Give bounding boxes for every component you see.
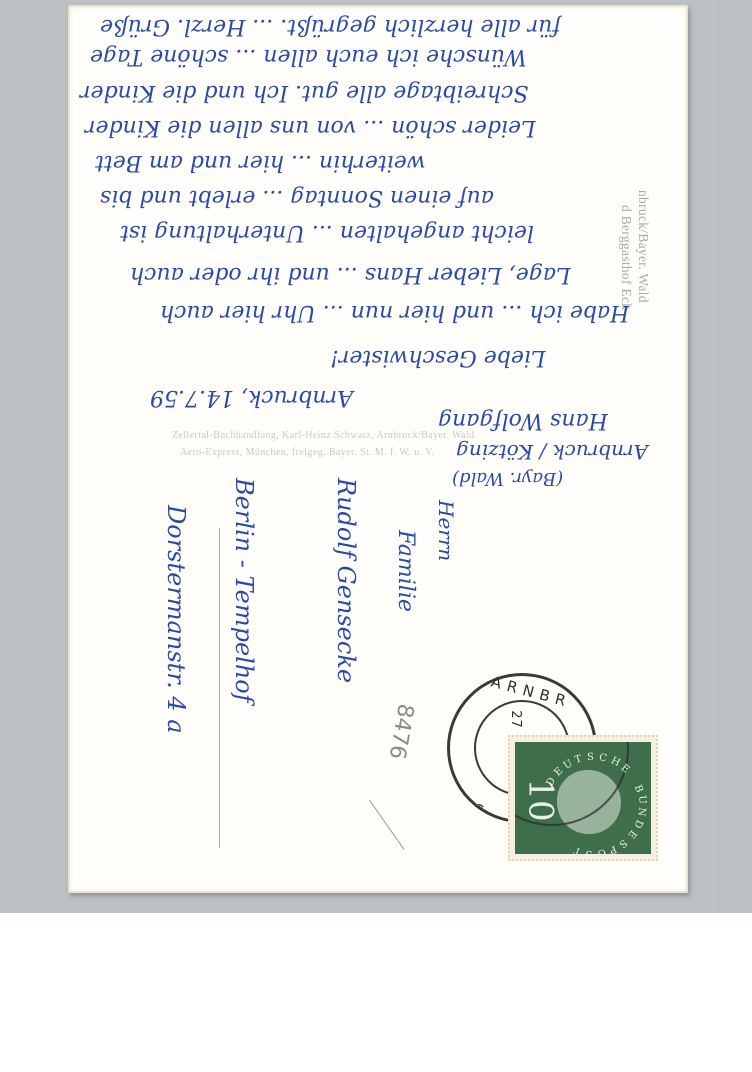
stamp-letter: E — [624, 828, 638, 842]
message-line: Wünsche ich euch allen ... schöne Tage — [90, 44, 527, 69]
recipient-line-3: Rudolf Gensecke — [332, 478, 360, 683]
stamp-letter: T — [571, 844, 582, 854]
sender-place-date: Arnbruck, 14.7.59 — [150, 385, 353, 410]
stamp-letter: U — [636, 795, 648, 806]
message-line: Leider schön ... von uns allen die Kinde… — [85, 115, 536, 140]
scan-artifact-line — [713, 0, 714, 913]
stamp-letter: N — [635, 807, 647, 819]
publisher-vertical-line1: nbruck/Bayer. Wald — [635, 190, 651, 303]
message-line: Schreibtage alle gut. Ich und die Kinder — [80, 80, 529, 105]
postage-stamp: 10 DEUTSCHE BUNDESPOST — [508, 735, 658, 861]
stamp-letter: S — [584, 847, 593, 854]
stamp-face: 10 DEUTSCHE BUNDESPOST — [515, 742, 651, 854]
stamp-letter: S — [587, 752, 596, 763]
publisher-line2: Aero-Express, München, freigeg. Bayer. S… — [180, 447, 434, 458]
recipient-line-2: Familie — [393, 530, 418, 612]
address-divider-line — [219, 528, 220, 848]
message-line: weiterhin ... hier und am Bett — [95, 150, 426, 175]
stamp-letter: O — [596, 847, 607, 854]
sender-name: Hans Wolfgang — [438, 408, 608, 433]
message-line: Lage, Lieber Hans ... und ihr oder auch — [130, 262, 571, 287]
message-line: Habe ich ... und hier nun ... Uhr hier a… — [160, 300, 629, 325]
recipient-line-4: Berlin - Tempelhof — [230, 478, 258, 703]
publisher-line1: Zellertal-Buchhandlung, Karl-Heinz Schwa… — [172, 430, 475, 441]
message-line: leicht angehalten ... Unterhaltung ist — [120, 220, 534, 245]
recipient-line-1: Herrn — [434, 500, 458, 561]
stamp-letter: D — [631, 818, 645, 831]
stamp-letter: S — [616, 837, 629, 851]
sender-address: Arnbruck / Kötzing — [456, 440, 648, 464]
message-line: Liebe Geschwister! — [330, 345, 546, 370]
sender-region: (Bayr. Wald) — [452, 468, 563, 489]
message-line: für alle herzlich gegrüßt. ... Herzl. Gr… — [100, 14, 561, 39]
message-line: auf einen Sonntag ... erlebt und bis — [100, 185, 494, 210]
stamp-letter: P — [606, 843, 618, 854]
recipient-line-5: Dorstermanstr. 4 a — [162, 505, 190, 734]
stamp-letter: B — [632, 783, 645, 795]
publisher-vertical-line2: d Berggasthof Eck — [618, 205, 634, 310]
postmark-date: 27 — [508, 710, 523, 729]
